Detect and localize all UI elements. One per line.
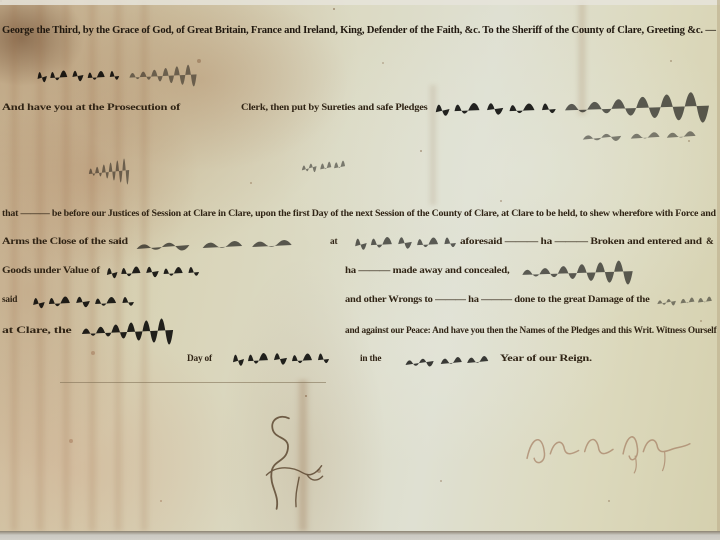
handwritten-entry	[520, 262, 635, 284]
handwritten-place-entry	[352, 230, 457, 256]
peace-clause-left: said	[2, 296, 17, 305]
scanned-writ-page: George the Third, by the Grace of God, o…	[0, 0, 720, 540]
goods-clause-left: Goods under Value of	[2, 267, 100, 276]
handwritten-defendant-entry	[432, 96, 557, 122]
signature-bottom-right	[522, 418, 704, 474]
arms-clause-right: aforesaid ——— ha ——— Broken and entered …	[460, 238, 702, 247]
handwritten-name-entry	[35, 64, 120, 88]
dateline-at-place: at Clare, the	[2, 327, 71, 336]
handwritten-entry	[655, 290, 713, 310]
handwritten-entry	[80, 320, 175, 344]
handwritten-entry	[300, 152, 346, 178]
ruled-line	[60, 382, 326, 383]
dateline-in-the: in the	[360, 355, 381, 364]
dateline-year-of-reign: Year of our Reign.	[500, 355, 592, 364]
wrongs-clause: and other Wrongs to ——— ha ——— done to t…	[345, 296, 650, 305]
handwritten-regnal-year-entry	[402, 348, 490, 372]
peace-clause-right: and against our Peace: And have you then…	[345, 327, 716, 336]
arms-clause-ampersand: &	[706, 238, 714, 247]
handwritten-entry	[578, 124, 698, 146]
arms-clause-at: at	[330, 238, 337, 247]
handwritten-date-entry	[230, 346, 330, 372]
dateline-day-of: Day of	[187, 355, 212, 364]
handwritten-entry	[30, 290, 135, 314]
royal-heading: George the Third, by the Grace of God, o…	[2, 26, 716, 37]
arms-clause-left: Arms the Close of the said	[2, 238, 128, 247]
handwritten-plaintiff-entry	[130, 232, 295, 256]
scanner-backing-strip	[0, 531, 720, 540]
handwritten-residence-entry	[562, 94, 712, 122]
goods-clause-right: ha ——— made away and concealed,	[345, 267, 509, 276]
handwritten-entry	[128, 66, 198, 86]
appearance-clause: that ——— be before our Justices of Sessi…	[2, 210, 716, 219]
signature-center-flourish	[248, 412, 340, 512]
handwritten-entry	[88, 160, 130, 184]
prosecution-clause-left: And have you at the Prosecution of	[2, 104, 180, 114]
handwritten-value-entry	[104, 260, 200, 284]
ink-layer: George the Third, by the Grace of God, o…	[0, 0, 720, 531]
prosecution-clause-mid: Clerk, then put by Sureties and safe Ple…	[241, 104, 427, 114]
